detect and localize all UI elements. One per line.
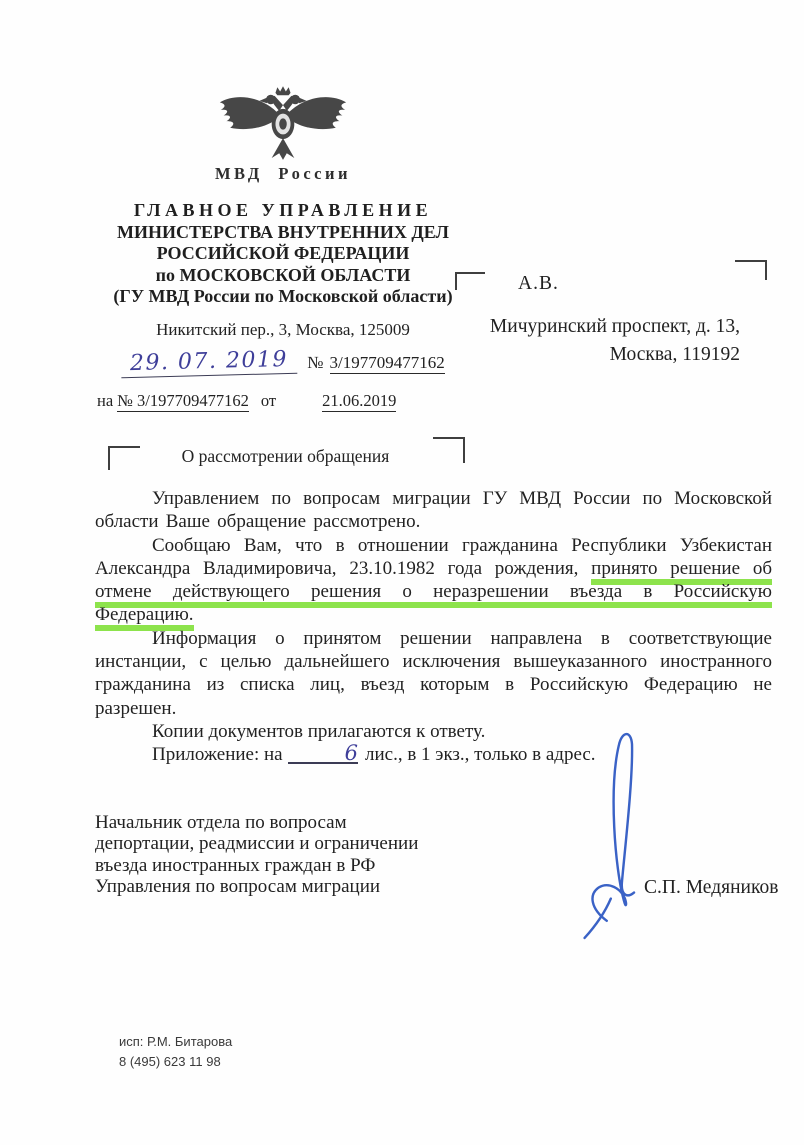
- signer-name: С.П. Медяников: [644, 877, 778, 899]
- signer-position-line-4: Управления по вопросам миграции: [95, 876, 418, 897]
- letterhead-line-2: МИНИСТЕРСТВА ВНУТРЕННИХ ДЕЛ: [90, 222, 476, 244]
- attachment-prefix: Приложение: на: [152, 744, 283, 765]
- letterhead-line-1: ГЛАВНОЕ УПРАВЛЕНИЕ: [90, 200, 476, 222]
- letter-body: Управлением по вопросам миграции ГУ МВД …: [95, 487, 772, 767]
- ref-number: № 3/197709477162: [117, 391, 249, 412]
- signer-position-line-3: въезда иностранных граждан в РФ: [95, 855, 418, 876]
- outgoing-number: 3/197709477162: [330, 353, 445, 374]
- paragraph-2: Сообщаю Вам, что в отношении гражданина …: [95, 534, 772, 627]
- number-sign: №: [307, 353, 323, 372]
- outgoing-number-row: 29. 07. 2019№3/197709477162: [90, 349, 476, 376]
- crop-mark-recipient-right: [735, 260, 767, 280]
- letterhead-line-3: РОССИЙСКОЙ ФЕДЕРАЦИИ: [90, 243, 476, 265]
- letterhead-line-4: по МОСКОВСКОЙ ОБЛАСТИ: [90, 265, 476, 287]
- recipient-address-line-1: Мичуринский проспект, д. 13,: [490, 313, 740, 341]
- scanned-letter-page: МВД России ГЛАВНОЕ УПРАВЛЕНИЕ МИНИСТЕРСТ…: [0, 0, 804, 1145]
- signer-position-line-1: Начальник отдела по вопросам: [95, 812, 418, 833]
- executor-name: исп: Р.М. Битарова: [119, 1032, 232, 1052]
- recipient-initials: А.В.: [518, 273, 559, 295]
- letterhead: МВД России ГЛАВНОЕ УПРАВЛЕНИЕ МИНИСТЕРСТ…: [90, 86, 476, 411]
- paragraph-1: Управлением по вопросам миграции ГУ МВД …: [95, 487, 772, 534]
- recipient-address-line-2: Москва, 119192: [490, 341, 740, 369]
- handwritten-signature: [576, 729, 688, 941]
- reference-number-row: на№ 3/197709477162от21.06.2019: [90, 391, 476, 411]
- attachment-suffix: лис., в 1 экз., только в адрес.: [365, 744, 596, 765]
- recipient-address: Мичуринский проспект, д. 13, Москва, 119…: [490, 313, 740, 368]
- ref-from-label: от: [261, 391, 276, 410]
- emblem-caption: МВД России: [90, 164, 476, 184]
- executor-phone: 8 (495) 623 11 98: [119, 1052, 232, 1072]
- subject-line: О рассмотрении обращения: [108, 437, 463, 467]
- ref-prefix: на: [97, 391, 113, 410]
- signer-position-line-2: депортации, реадмиссии и ограничении: [95, 833, 418, 854]
- crop-mark-subject-right: [433, 437, 465, 463]
- crop-mark-recipient-left: [455, 272, 485, 290]
- subject-block: О рассмотрении обращения: [108, 437, 463, 471]
- handwritten-sheet-count: 6: [288, 745, 358, 764]
- mvd-double-eagle-emblem: [217, 86, 349, 162]
- paragraph-3: Информация о принятом решении направлена…: [95, 627, 772, 720]
- sender-postal-address: Никитский пер., 3, Москва, 125009: [90, 320, 476, 340]
- executor-footer: исп: Р.М. Битарова 8 (495) 623 11 98: [119, 1032, 232, 1072]
- letterhead-line-5: (ГУ МВД России по Московской области): [90, 286, 476, 308]
- crop-mark-subject-left: [108, 446, 140, 470]
- handwritten-date: 29. 07. 2019: [121, 346, 298, 378]
- signer-position-block: Начальник отдела по вопросам депортации,…: [95, 812, 418, 898]
- ref-date: 21.06.2019: [322, 391, 396, 412]
